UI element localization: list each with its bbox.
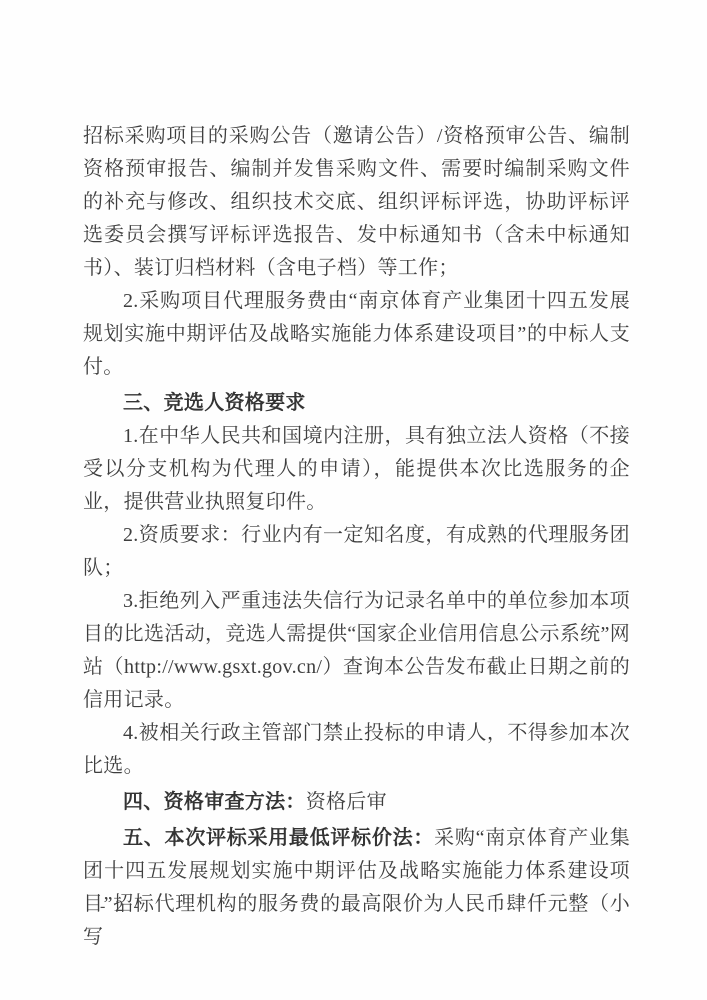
- heading-section-4-label: 四、资格审查方法：: [123, 791, 306, 813]
- para-agency-scope-continued-text: 招标采购项目的采购公告（邀请公告）/资格预审公告、编制资格预审报告、编制并发售采…: [83, 125, 630, 279]
- heading-section-3: 三、竞选人资格要求: [83, 387, 630, 420]
- heading-section-4-text: 资格后审: [306, 791, 387, 813]
- document-body: 招标采购项目的采购公告（邀请公告）/资格预审公告、编制资格预审报告、编制并发售采…: [83, 120, 630, 954]
- para-agency-fee: 2.采购项目代理服务费由“南京体育产业集团十四五发展规划实施中期评估及战略实施能…: [83, 285, 630, 384]
- para-qualification-3: 3.拒绝列入严重违法失信行为记录名单中的单位参加本项目的比选活动，竞选人需提供“…: [83, 585, 630, 717]
- para-qualification-1-text: 1.在中华人民共和国境内注册，具有独立法人资格（不接受以分支机构为代理人的申请）…: [83, 425, 630, 513]
- para-qualification-1: 1.在中华人民共和国境内注册，具有独立法人资格（不接受以分支机构为代理人的申请）…: [83, 420, 630, 519]
- para-qualification-2: 2.资质要求：行业内有一定知名度，有成熟的代理服务团队；: [83, 519, 630, 585]
- para-qualification-2-text: 2.资质要求：行业内有一定知名度，有成熟的代理服务团队；: [83, 524, 630, 579]
- heading-section-3-text: 三、竞选人资格要求: [123, 392, 306, 414]
- para-qualification-4: 4.被相关行政主管部门禁止投标的申请人，不得参加本次比选。: [83, 717, 630, 783]
- heading-section-5: 五、本次评标采用最低评标价法：采购“南京体育产业集团十四五发展规划实施中期评估及…: [83, 822, 630, 954]
- para-qualification-4-text: 4.被相关行政主管部门禁止投标的申请人，不得参加本次比选。: [83, 722, 630, 777]
- page-number: - 2 -: [100, 898, 142, 916]
- para-agency-scope-continued: 招标采购项目的采购公告（邀请公告）/资格预审公告、编制资格预审报告、编制并发售采…: [83, 120, 630, 285]
- para-agency-fee-text: 2.采购项目代理服务费由“南京体育产业集团十四五发展规划实施中期评估及战略实施能…: [83, 290, 630, 378]
- para-qualification-3-text: 3.拒绝列入严重违法失信行为记录名单中的单位参加本项目的比选活动，竞选人需提供“…: [83, 590, 630, 711]
- heading-section-4: 四、资格审查方法：资格后审: [83, 786, 630, 819]
- heading-section-5-label: 五、本次评标采用最低评标价法：: [123, 827, 434, 849]
- scanned-document-page: 招标采购项目的采购公告（邀请公告）/资格预审公告、编制资格预审报告、编制并发售采…: [0, 0, 707, 1000]
